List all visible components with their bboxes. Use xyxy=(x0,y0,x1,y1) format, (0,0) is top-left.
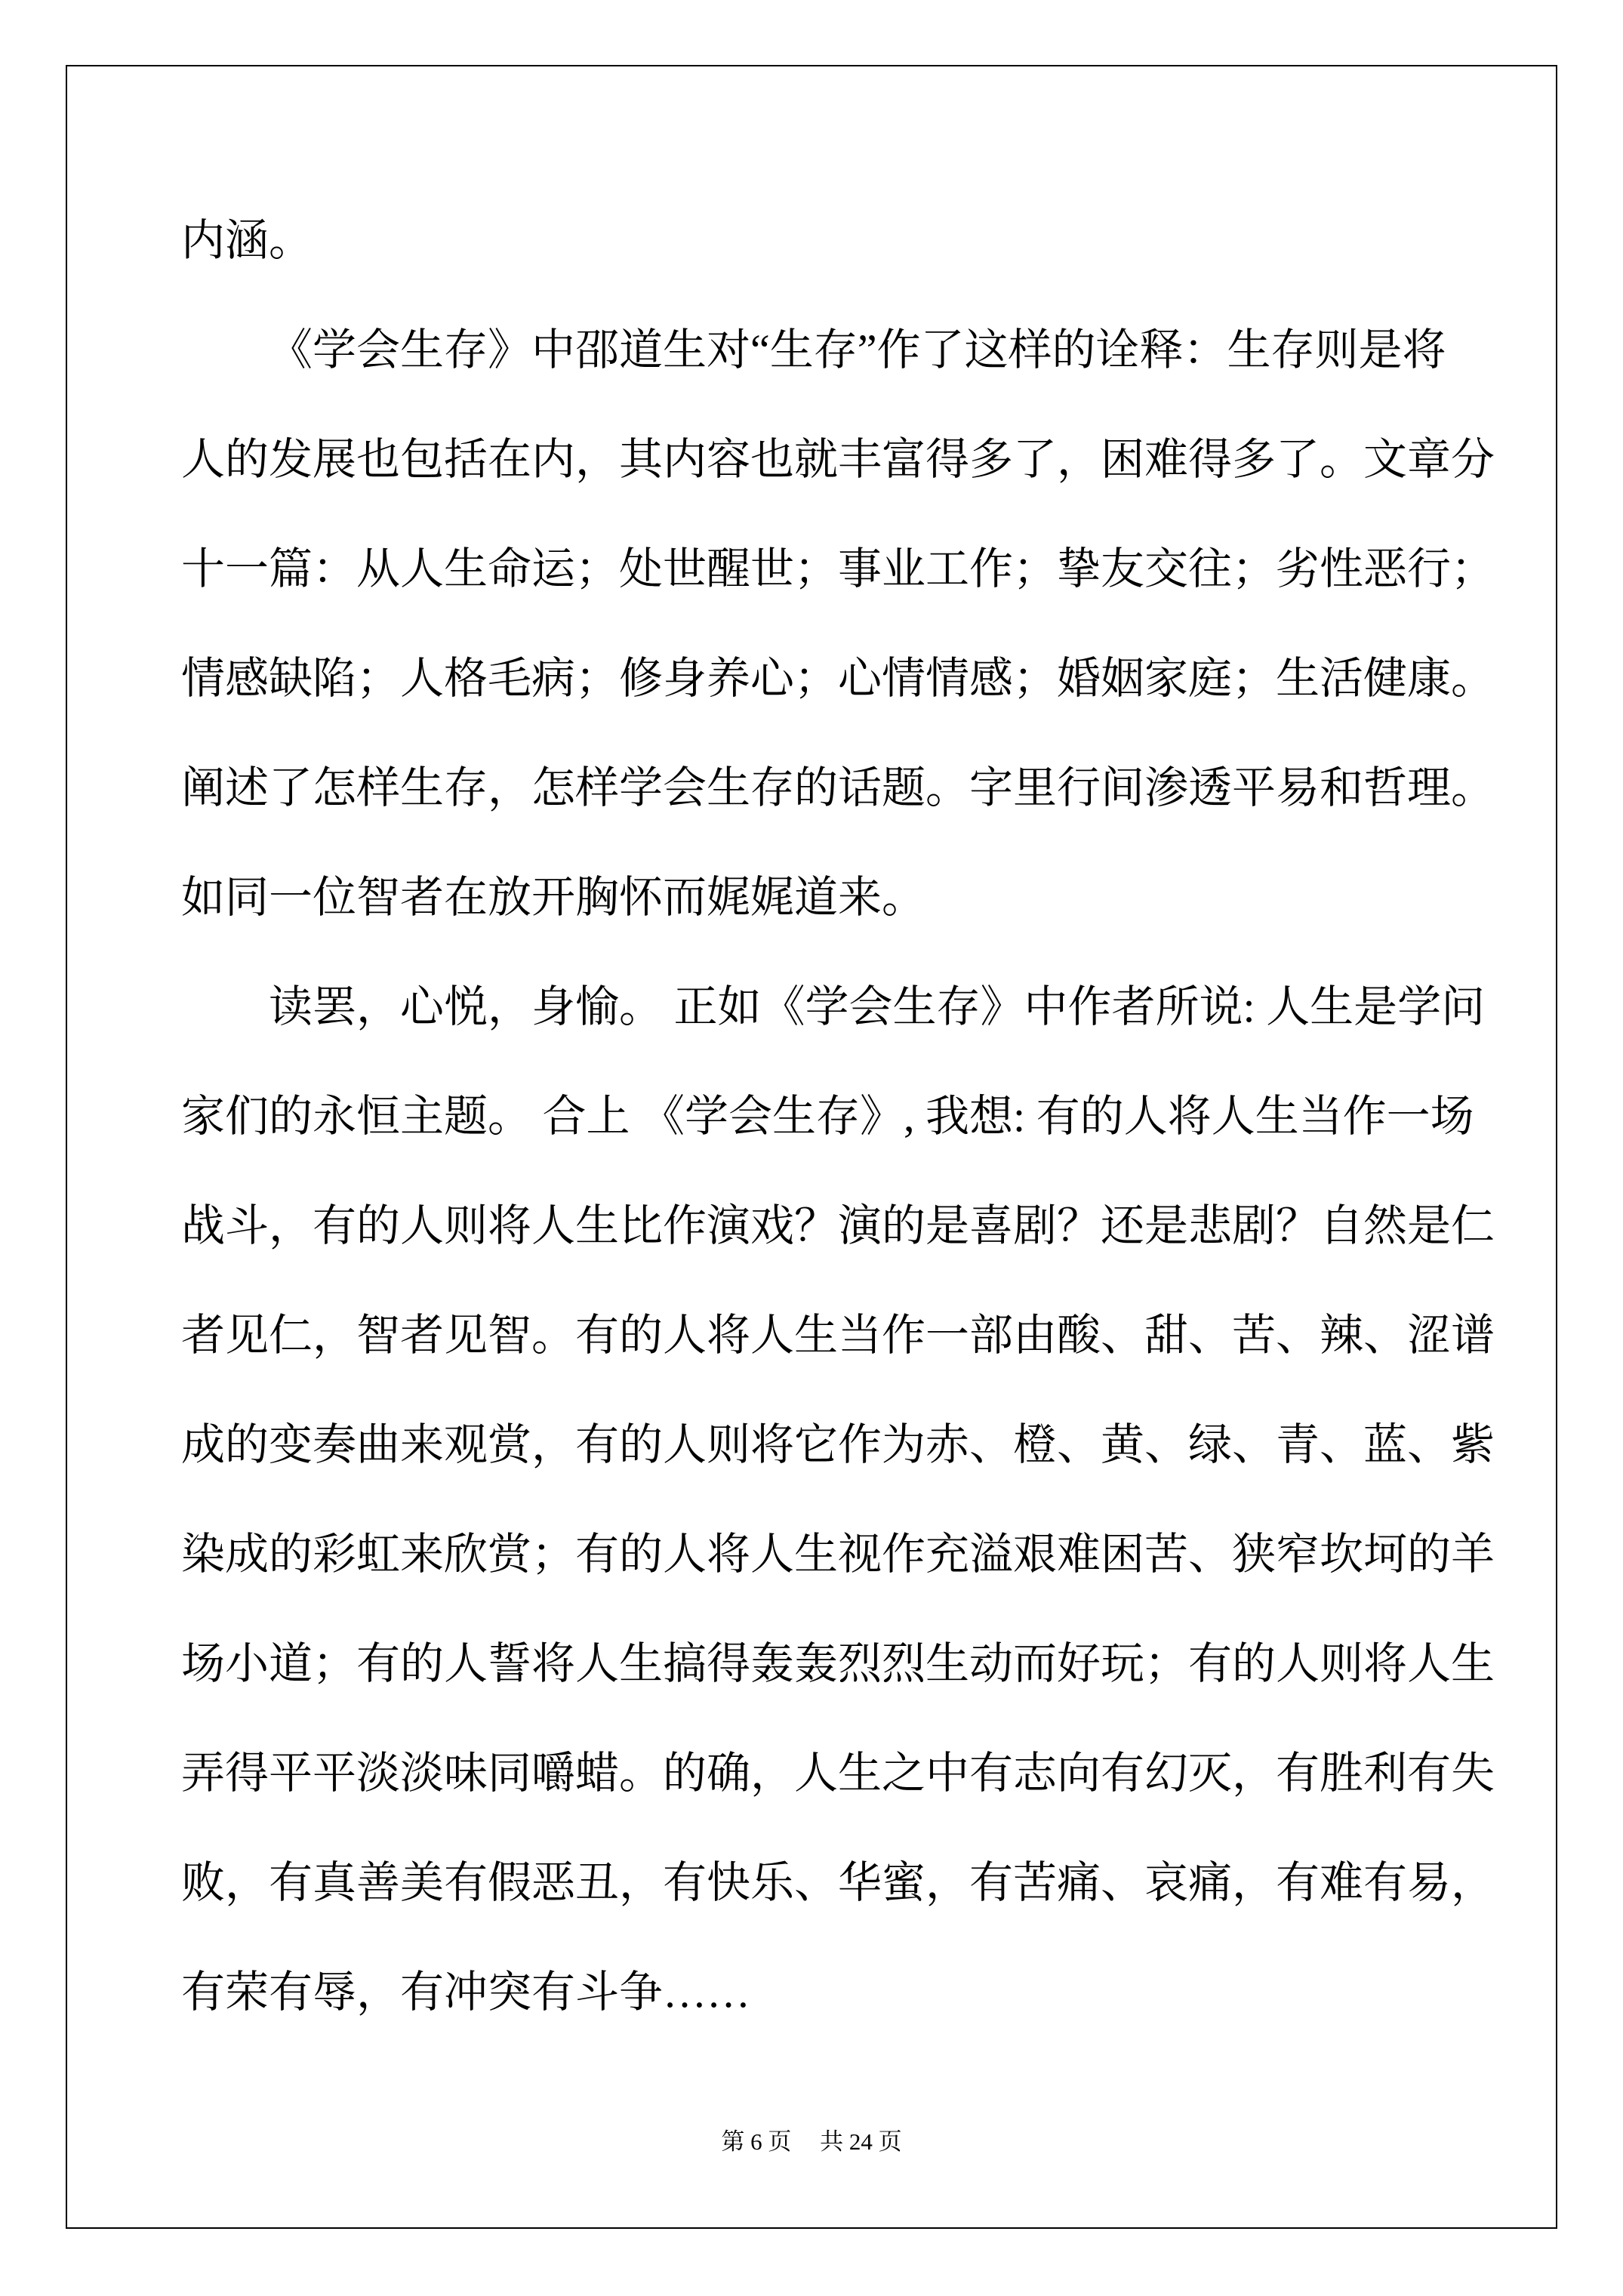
text-line: 内涵。 xyxy=(181,186,1501,295)
text-line: 有荣有辱，有冲突有斗争…… xyxy=(181,1937,1501,2047)
text-line: 战斗，有的人则将人生比作演戏？演的是喜剧？还是悲剧？自然是仁 xyxy=(181,1171,1501,1281)
footer-current-page: 第 6 页 xyxy=(721,2128,791,2155)
text-line: 《学会生存》中邵道生对“生存”作了这样的诠释：生存则是将 xyxy=(181,295,1501,405)
document-body: 内涵。《学会生存》中邵道生对“生存”作了这样的诠释：生存则是将人的发展也包括在内… xyxy=(181,186,1501,2047)
text-line: 十一篇：从人生命运；处世醒世；事业工作；挚友交往；劣性恶行； xyxy=(181,514,1501,624)
text-line: 场小道；有的人誓将人生搞得轰轰烈烈生动而好玩；有的人则将人生 xyxy=(181,1609,1501,1718)
text-line: 情感缺陷；人格毛病；修身养心；心情情感；婚姻家庭；生活健康。 xyxy=(181,624,1501,733)
footer-total-pages: 共 24 页 xyxy=(820,2128,902,2155)
document-page: 内涵。《学会生存》中邵道生对“生存”作了这样的诠释：生存则是将人的发展也包括在内… xyxy=(0,0,1623,2296)
text-line: 家们的永恒主题。 合上 《学会生存》, 我想: 有的人将人生当作一场 xyxy=(181,1062,1501,1171)
text-line: 败，有真善美有假恶丑，有快乐、华蜜，有苦痛、哀痛，有难有易， xyxy=(181,1828,1501,1937)
text-line: 弄得平平淡淡味同嚼蜡。的确，人生之中有志向有幻灭，有胜利有失 xyxy=(181,1718,1501,1828)
page-footer: 第 6 页 共 24 页 xyxy=(0,2128,1623,2156)
text-line: 如同一位智者在放开胸怀而娓娓道来。 xyxy=(181,843,1501,952)
text-line: 人的发展也包括在内，其内容也就丰富得多了，困难得多了。文章分 xyxy=(181,405,1501,514)
text-line: 染成的彩虹来欣赏；有的人将人生视作充溢艰难困苦、狭窄坎坷的羊 xyxy=(181,1499,1501,1609)
text-line: 者见仁，智者见智。有的人将人生当作一部由酸、甜、苦、辣、涩谱 xyxy=(181,1281,1501,1390)
text-line: 成的变奏曲来观赏，有的人则将它作为赤、橙、黄、绿、青、蓝、紫 xyxy=(181,1390,1501,1499)
text-line: 读罢，心悦，身愉。 正如《学会生存》中作者所说: 人生是学问 xyxy=(181,952,1501,1062)
text-line: 阐述了怎样生存，怎样学会生存的话题。字里行间渗透平易和哲理。 xyxy=(181,733,1501,843)
